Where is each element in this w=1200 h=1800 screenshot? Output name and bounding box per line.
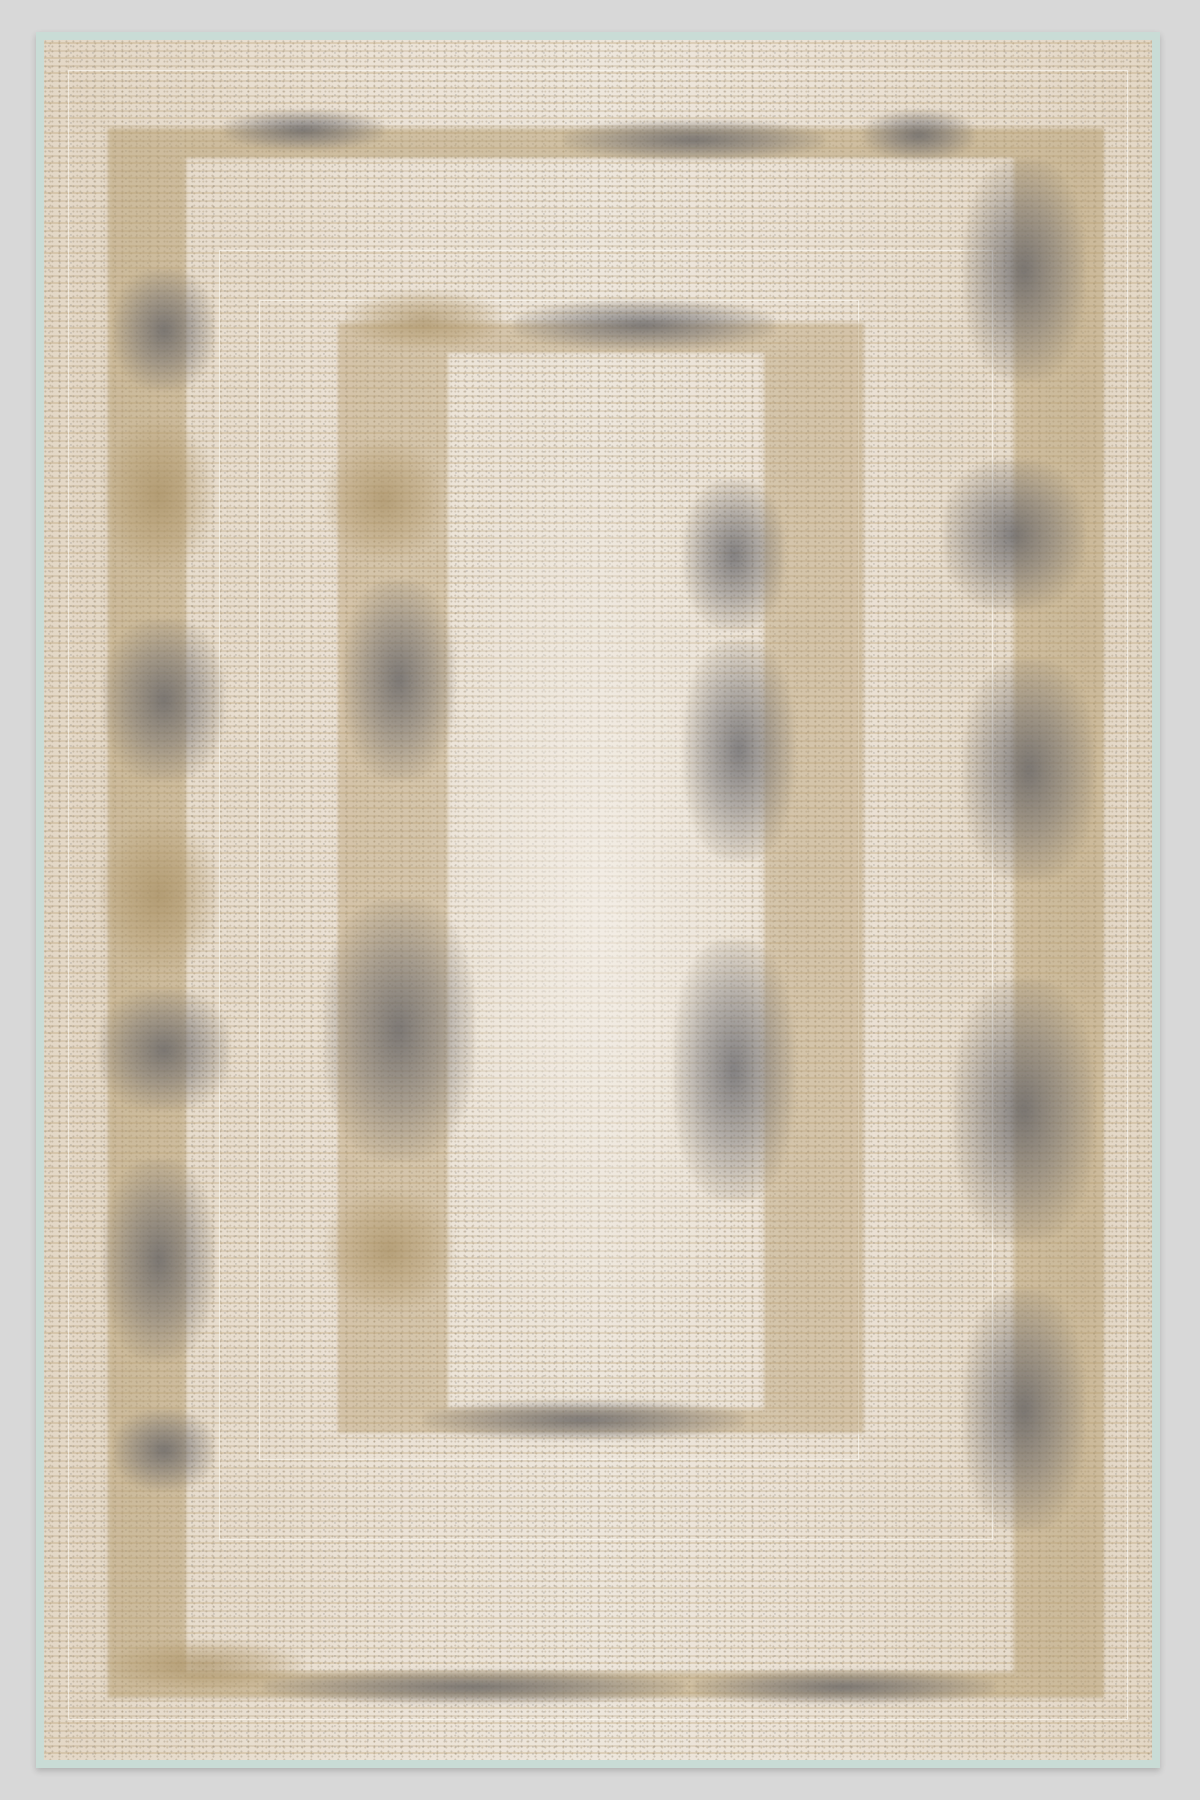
- motif-cluster: [104, 420, 214, 570]
- motif-cluster: [114, 270, 214, 390]
- motif-cluster: [344, 290, 504, 350]
- motif-cluster: [964, 1290, 1084, 1530]
- motif-cluster: [104, 1160, 214, 1360]
- rug: [36, 32, 1160, 1768]
- product-photo-scene: [0, 0, 1200, 1800]
- motif-cluster: [324, 900, 474, 1160]
- motif-cluster: [964, 160, 1084, 380]
- motif-cluster: [514, 300, 774, 350]
- motif-cluster: [864, 110, 974, 160]
- motif-cluster: [324, 440, 444, 560]
- motif-cluster: [104, 620, 224, 780]
- motif-cluster: [674, 940, 794, 1200]
- motif-cluster: [344, 580, 454, 780]
- motif-cluster: [99, 820, 219, 970]
- motif-cluster: [684, 480, 784, 630]
- motif-cluster: [99, 990, 229, 1110]
- motif-cluster: [564, 120, 824, 160]
- motif-cluster: [424, 1400, 744, 1440]
- motif-cluster: [114, 1410, 214, 1490]
- motif-cluster: [944, 460, 1084, 610]
- motif-cluster: [324, 1190, 454, 1310]
- motif-cluster: [694, 1670, 994, 1704]
- motif-cluster: [224, 110, 384, 150]
- motif-cluster: [264, 1670, 684, 1704]
- motif-cluster: [684, 640, 794, 860]
- motif-cluster: [964, 660, 1094, 880]
- motif-cluster: [954, 980, 1094, 1240]
